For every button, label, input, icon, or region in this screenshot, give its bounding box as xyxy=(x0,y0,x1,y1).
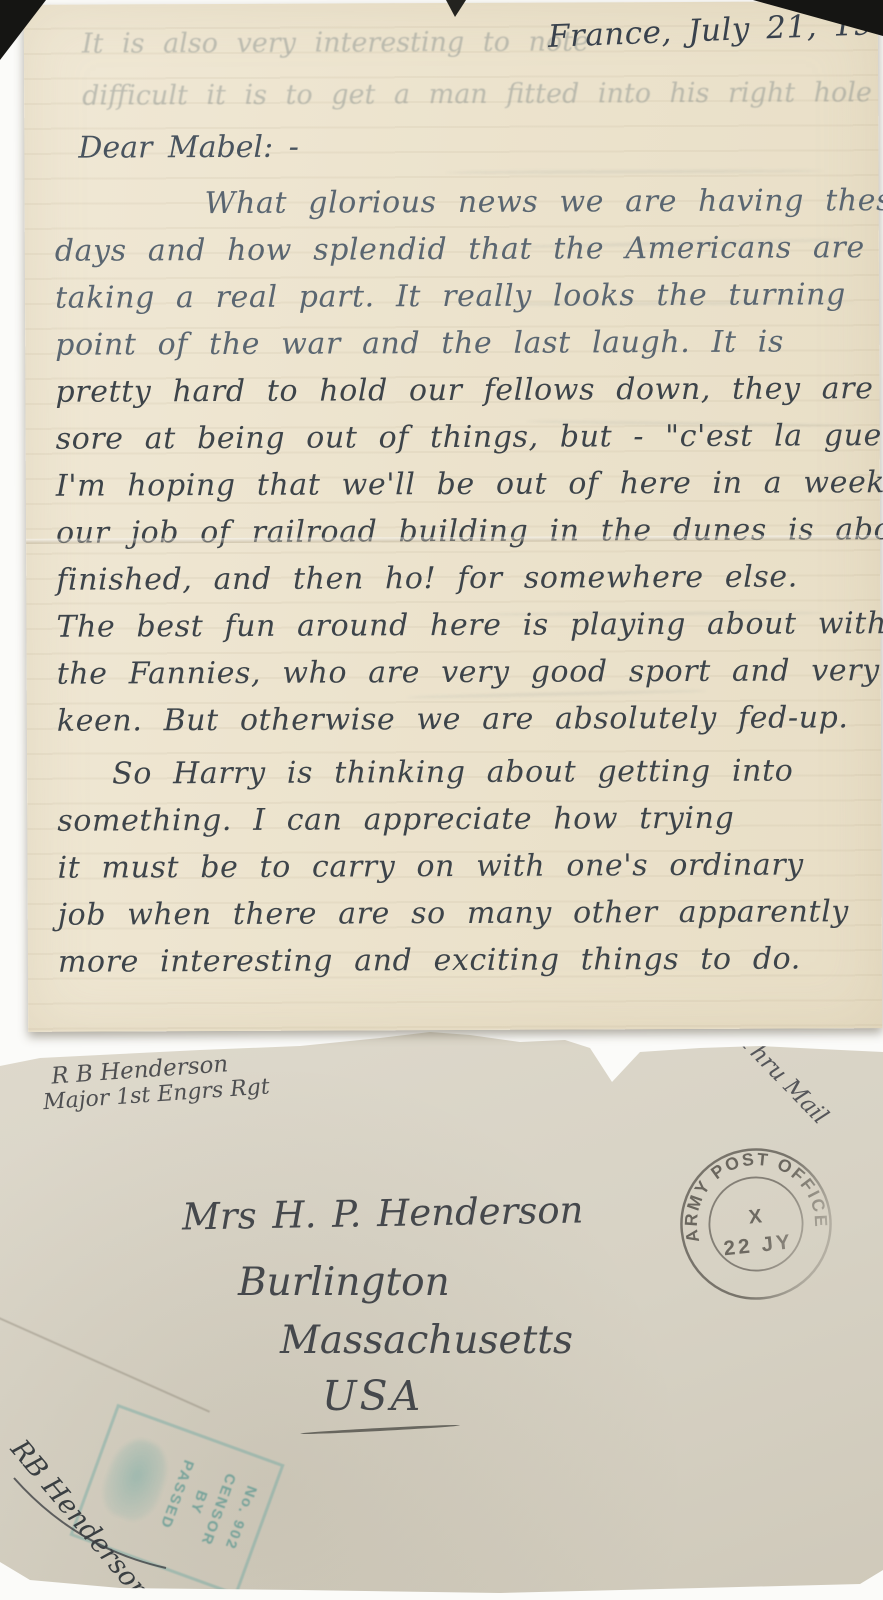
letter-line: So Harry is thinking about getting into xyxy=(112,747,872,797)
envelope-return-address: R B Henderson Major 1st Engrs Rgt xyxy=(50,1048,270,1114)
bleedthrough-stroke xyxy=(444,169,824,174)
postmark-arc-text: ARMY POST OFFICE xyxy=(673,1142,832,1245)
letter-line: taking a real part. It really looks the … xyxy=(55,271,870,322)
army-postmark-stamp: ARMY POST OFFICE X 22 JY xyxy=(659,1127,852,1320)
address-underline-flourish xyxy=(300,1424,460,1435)
signature-flourish xyxy=(6,1456,216,1586)
letter-line: our job of railroad building in the dune… xyxy=(56,506,871,557)
letter-page: It is also very interesting to note diff… xyxy=(24,1,882,1032)
letter-line: The best fun around here is playing abou… xyxy=(56,600,871,651)
address-country: USA xyxy=(322,1372,423,1420)
letter-line: sore at being out of things, but - "c'es… xyxy=(56,412,871,463)
letter-line: days and how splendid that the Americans… xyxy=(55,224,870,275)
letter-line: the Fannies, who are very good sport and… xyxy=(57,647,872,698)
letter-line: finished, and then ho! for somewhere els… xyxy=(56,553,871,604)
letter-line: job when there are so many other apparen… xyxy=(58,888,873,939)
letter-body: What glorious news we are having these d… xyxy=(55,177,874,986)
address-recipient: Mrs H. P. Henderson xyxy=(182,1189,584,1239)
letter-line: something. I can appreciate how trying xyxy=(57,794,872,845)
postmark-center-mark: X xyxy=(748,1205,763,1228)
letter-line: it must be to carry on with one's ordina… xyxy=(57,841,872,892)
letter-line: What glorious news we are having these xyxy=(205,177,870,227)
letter-line: more interesting and exciting things to … xyxy=(58,935,873,986)
postmark-date: 22 JY xyxy=(722,1230,794,1260)
envelope-crease xyxy=(0,1313,210,1412)
letter-line: I'm hoping that we'll be out of here in … xyxy=(56,459,871,510)
scanned-letter-photo: It is also very interesting to note diff… xyxy=(0,0,883,1600)
letter-line: keen. But otherwise we are absolutely fe… xyxy=(57,694,872,745)
envelope: R B Henderson Major 1st Engrs Rgt Thru M… xyxy=(0,1032,883,1595)
address-state: Massachusetts xyxy=(280,1318,573,1363)
envelope-mail-note: Thru Mail xyxy=(734,1029,833,1130)
letter-line: pretty hard to hold our fellows down, th… xyxy=(55,365,870,416)
letter-salutation: Dear Mabel: - xyxy=(78,130,299,166)
address-city: Burlington xyxy=(238,1260,450,1305)
svg-text:ARMY POST OFFICE: ARMY POST OFFICE xyxy=(673,1142,832,1245)
letter-line: point of the war and the last laugh. It … xyxy=(55,318,870,369)
bleedthrough-line: difficult it is to get a man fitted into… xyxy=(82,67,872,122)
